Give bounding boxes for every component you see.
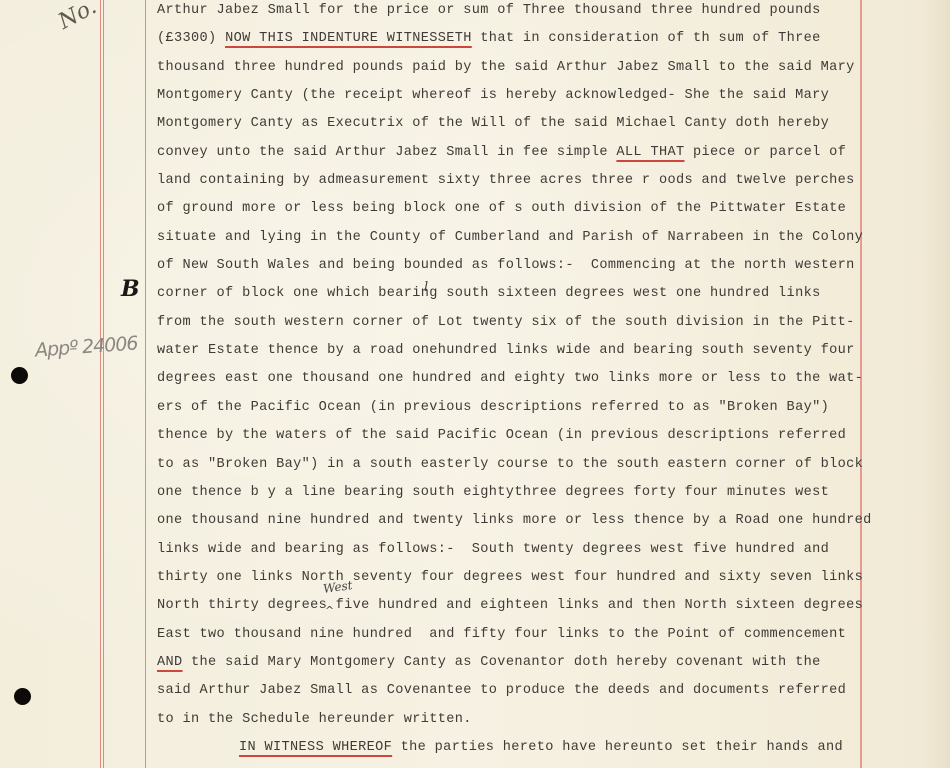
left-margin-rule-outer-double [103,0,104,768]
text-line: ers of the Pacific Ocean (in previous de… [157,394,877,422]
underlined-heading: ALL THAT [616,145,684,160]
text-line: Montgomery Canty (the receipt whereof is… [157,82,877,110]
text-line: land containing by admeasurement sixty t… [157,167,877,195]
punch-hole-lower [14,688,31,705]
text-line: East two thousand nine hundred and fifty… [157,621,877,649]
underlined-heading: AND [157,655,183,670]
text-line: corner of block one which bearing south … [157,280,877,308]
deed-body-text: Arthur Jabez Small for the price or sum … [157,0,877,762]
pencil-application-number: Appº 24006 [34,332,138,361]
text-line: IN WITNESS WHEREOF the parties hereto ha… [157,734,877,762]
text-line: situate and lying in the County of Cumbe… [157,224,877,252]
left-margin-rule-outer [100,0,101,768]
text-line: to as "Broken Bay") in a south easterly … [157,451,877,479]
text-segment: (£3300) [157,31,225,46]
punch-hole-upper [11,367,28,384]
text-line: North thirty degrees five hundred and ei… [157,592,877,620]
text-segment: the said Mary Montgomery Canty as Covena… [183,655,821,670]
document-page: No. Appº 24006 B l West ^ Arthur Jabez S… [0,0,950,768]
text-line: (£3300) NOW THIS INDENTURE WITNESSETH th… [157,25,877,53]
text-line: Arthur Jabez Small for the price or sum … [157,0,877,25]
text-segment: that in consideration of th sum of Three [472,31,821,46]
text-segment: piece or parcel of [684,145,846,160]
text-line: one thence b y a line bearing south eigh… [157,479,877,507]
text-line: from the south western corner of Lot twe… [157,309,877,337]
page-edge-shadow [920,0,950,768]
underlined-heading: IN WITNESS WHEREOF [239,740,392,755]
text-line: thousand three hundred pounds paid by th… [157,54,877,82]
text-line: AND the said Mary Montgomery Canty as Co… [157,649,877,677]
text-line: links wide and bearing as follows:- Sout… [157,536,877,564]
text-line: of New South Wales and being bounded as … [157,252,877,280]
text-line: convey unto the said Arthur Jabez Small … [157,139,877,167]
left-margin-rule-inner [145,0,146,768]
text-line: one thousand nine hundred and twenty lin… [157,507,877,535]
text-line: Montgomery Canty as Executrix of the Wil… [157,110,877,138]
text-line: said Arthur Jabez Small as Covenantee to… [157,677,877,705]
text-segment: convey unto the said Arthur Jabez Small … [157,145,616,160]
text-segment: the parties hereto have hereunto set the… [392,740,843,755]
text-line: thence by the waters of the said Pacific… [157,422,877,450]
text-line: to in the Schedule hereunder written. [157,706,877,734]
text-line: water Estate thence by a road onehundred… [157,337,877,365]
text-line: thirty one links North seventy four degr… [157,564,877,592]
text-line: degrees east one thousand one hundred an… [157,365,877,393]
handwritten-number-mark: No. [54,0,100,35]
handwritten-margin-initial: B [121,276,140,302]
text-line: of ground more or less being block one o… [157,195,877,223]
underlined-heading: NOW THIS INDENTURE WITNESSETH [225,31,472,46]
